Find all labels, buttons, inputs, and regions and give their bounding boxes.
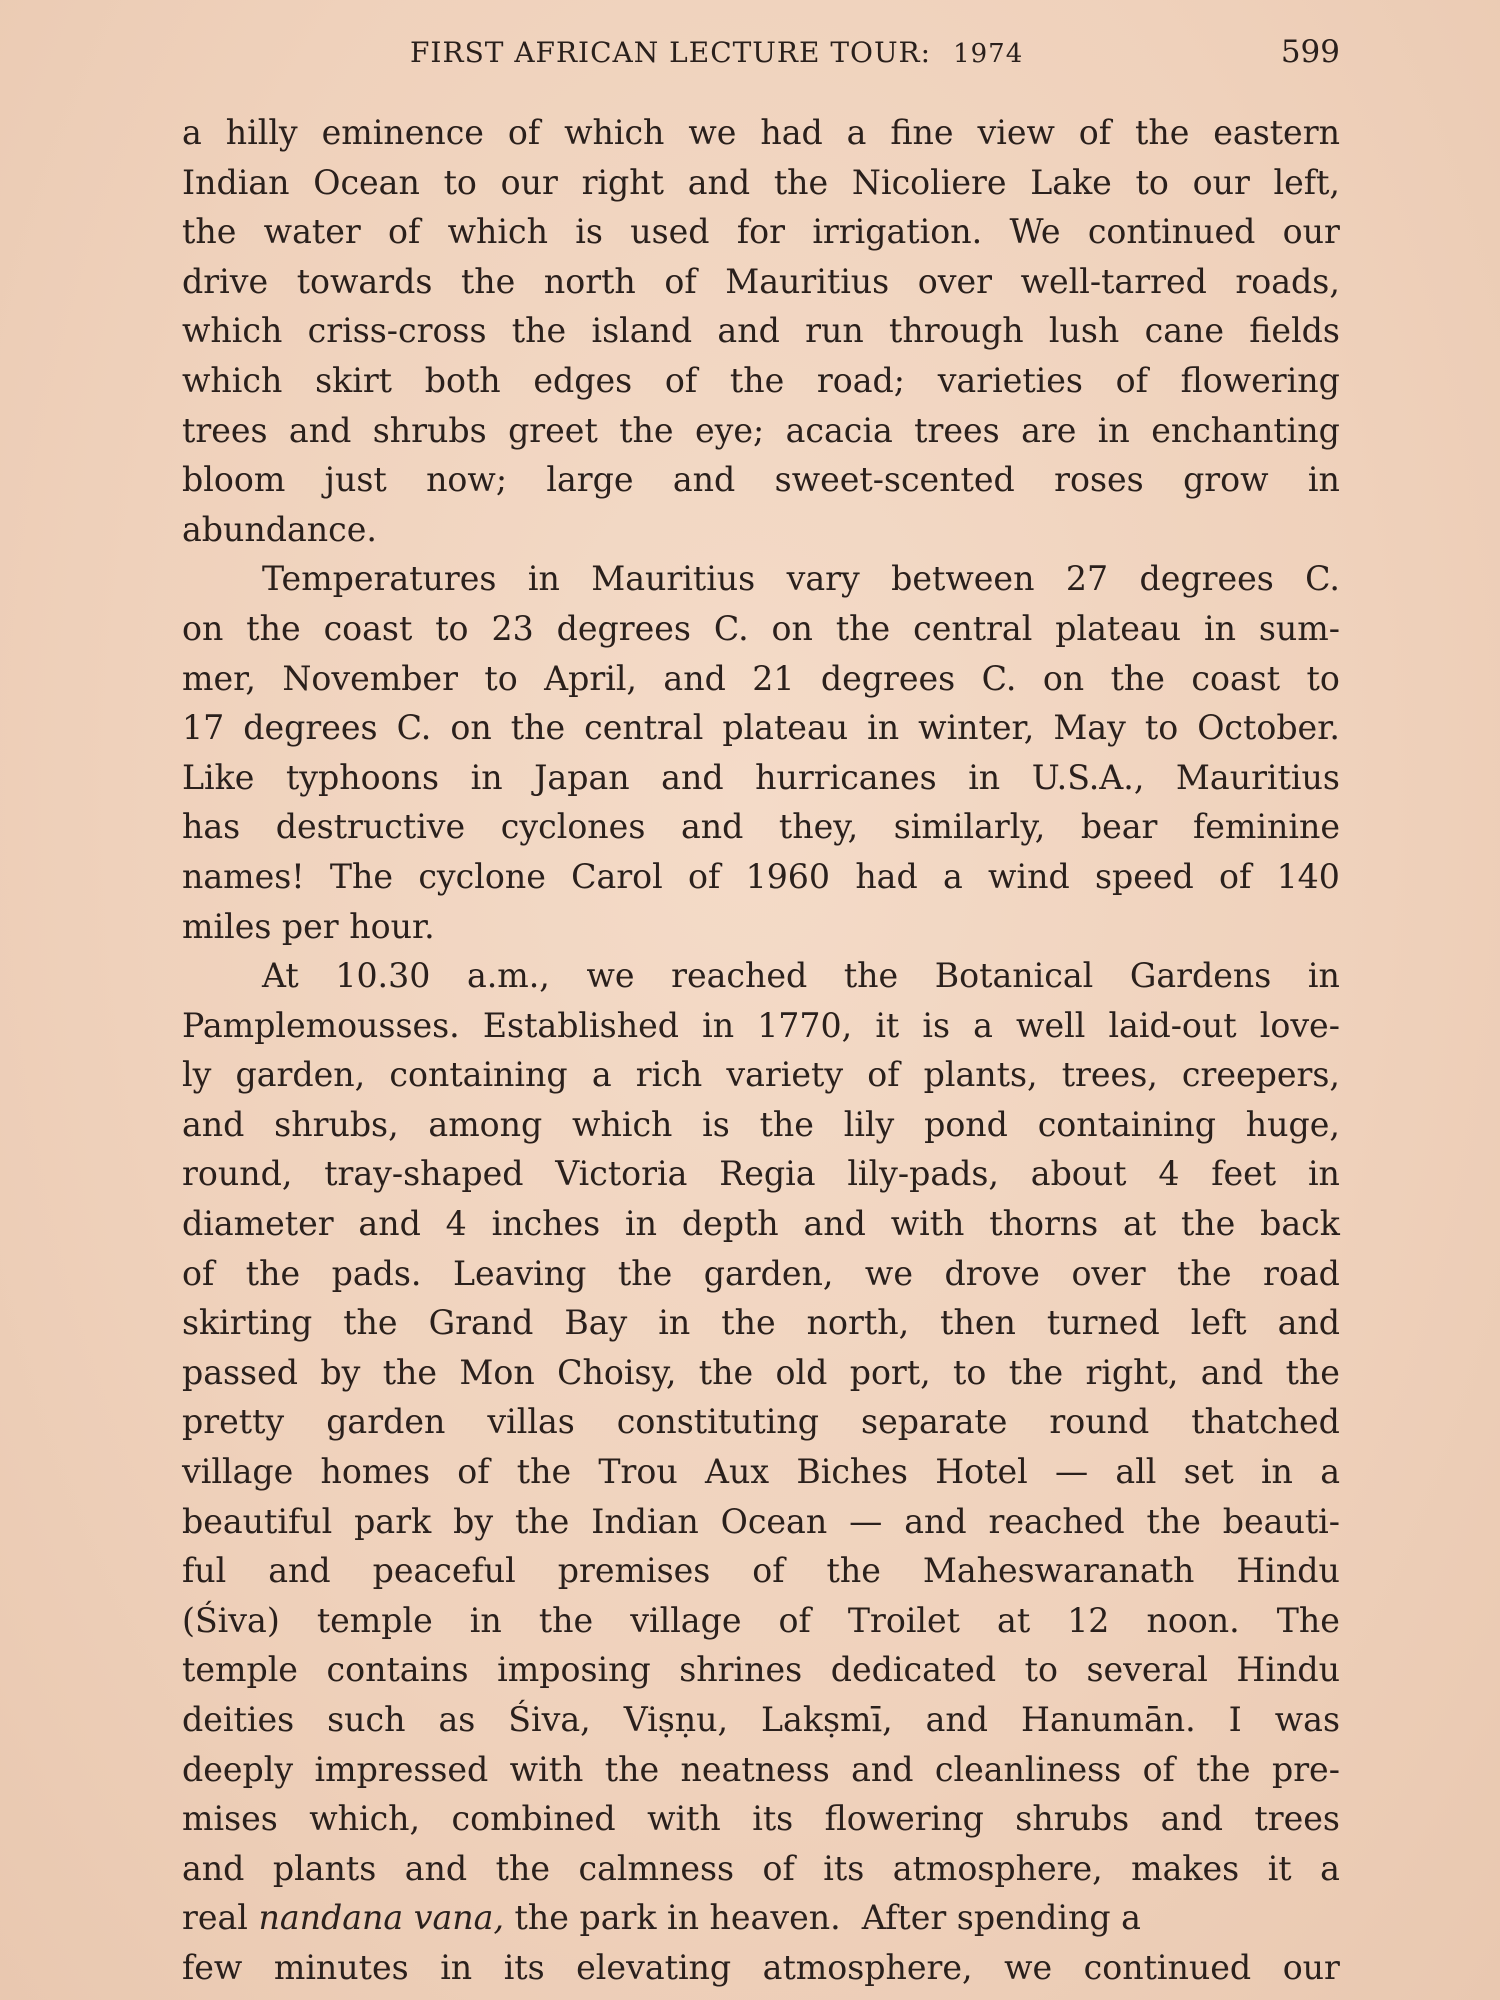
text-line: 17degreesC.onthecentralplateauinwinter,M…: [182, 703, 1340, 753]
page-number: 599: [1281, 34, 1340, 70]
text-line: fewminutesinitselevatingatmosphere,wecon…: [182, 1943, 1340, 1993]
text-line: IndianOceantoourrightandtheNicoliereLake…: [182, 158, 1340, 208]
text-line: lygarden,containingarichvarietyofplants,…: [182, 1050, 1340, 1100]
text-line: At10.30a.m.,wereachedtheBotanicalGardens…: [182, 951, 1340, 1001]
text-line: drivetowardsthenorthofMauritiusoverwell-…: [182, 257, 1340, 307]
text-line: (Śiva)templeinthevillageofTroiletat12noo…: [182, 1596, 1340, 1646]
text-line: whichskirtbothedgesoftheroad;varietiesof…: [182, 356, 1340, 406]
text-line: andshrubs,amongwhichisthelilypondcontain…: [182, 1100, 1340, 1150]
text-line: round,tray-shapedVictoriaRegialily-pads,…: [182, 1149, 1340, 1199]
text-line: abundance.: [182, 505, 1340, 555]
text-line: bloomjustnow;largeandsweet-scentedrosesg…: [182, 455, 1340, 505]
text-line: thewaterofwhichisusedforirrigation.Wecon…: [182, 207, 1340, 257]
text-line: deeplyimpressedwiththeneatnessandcleanli…: [182, 1745, 1340, 1795]
text-line: LiketyphoonsinJapanandhurricanesinU.S.A.…: [182, 753, 1340, 803]
text-line: Pamplemousses.Establishedin1770,itisawel…: [182, 1001, 1340, 1051]
text-line: fulandpeacefulpremisesoftheMaheswaranath…: [182, 1546, 1340, 1596]
text-line: prettygardenvillasconstitutingseparatero…: [182, 1397, 1340, 1447]
running-header: FIRST AFRICAN LECTURE TOUR:1974 599: [410, 30, 1340, 74]
text-line: whichcriss-crosstheislandandrunthroughlu…: [182, 306, 1340, 356]
running-title: FIRST AFRICAN LECTURE TOUR:1974: [410, 36, 1023, 69]
text-line: miseswhich,combinedwithitsfloweringshrub…: [182, 1794, 1340, 1844]
text-line: andplantsandthecalmnessofitsatmosphere,m…: [182, 1844, 1340, 1894]
text-line: ofthepads.Leavingthegarden,wedroveoverth…: [182, 1249, 1340, 1299]
text-line: real nandana vana, the park in heaven. A…: [182, 1893, 1340, 1943]
text-line: mer,NovembertoApril,and21degreesC.onthec…: [182, 654, 1340, 704]
text-line: ahillyeminenceofwhichwehadafineviewofthe…: [182, 108, 1340, 158]
text-line: beautifulparkbytheIndianOcean—andreached…: [182, 1497, 1340, 1547]
text-line: miles per hour.: [182, 902, 1340, 952]
text-line: passedbytheMonChoisy,theoldport,totherig…: [182, 1348, 1340, 1398]
text-line: villagehomesoftheTrouAuxBichesHotel—alls…: [182, 1447, 1340, 1497]
text-line: names!ThecycloneCarolof1960hadawindspeed…: [182, 852, 1340, 902]
text-line: TemperaturesinMauritiusvarybetween27degr…: [182, 554, 1340, 604]
text-line: deitiessuchasŚiva,Viṣṇu,Lakṣmī,andHanumā…: [182, 1695, 1340, 1745]
text-line: diameterand4inchesindepthandwiththornsat…: [182, 1199, 1340, 1249]
text-line: onthecoastto23degreesC.onthecentralplate…: [182, 604, 1340, 654]
running-title-year: 1974: [953, 39, 1023, 69]
text-line: treesandshrubsgreettheeye;acaciatreesare…: [182, 406, 1340, 456]
running-title-text: FIRST AFRICAN LECTURE TOUR:: [410, 36, 931, 69]
text-line: skirtingtheGrandBayinthenorth,thenturned…: [182, 1298, 1340, 1348]
text-line: hasdestructivecyclonesandthey,similarly,…: [182, 802, 1340, 852]
text-line: templecontainsimposingshrinesdedicatedto…: [182, 1645, 1340, 1695]
body-text: ahillyeminenceofwhichwehadafineviewofthe…: [182, 108, 1340, 1993]
